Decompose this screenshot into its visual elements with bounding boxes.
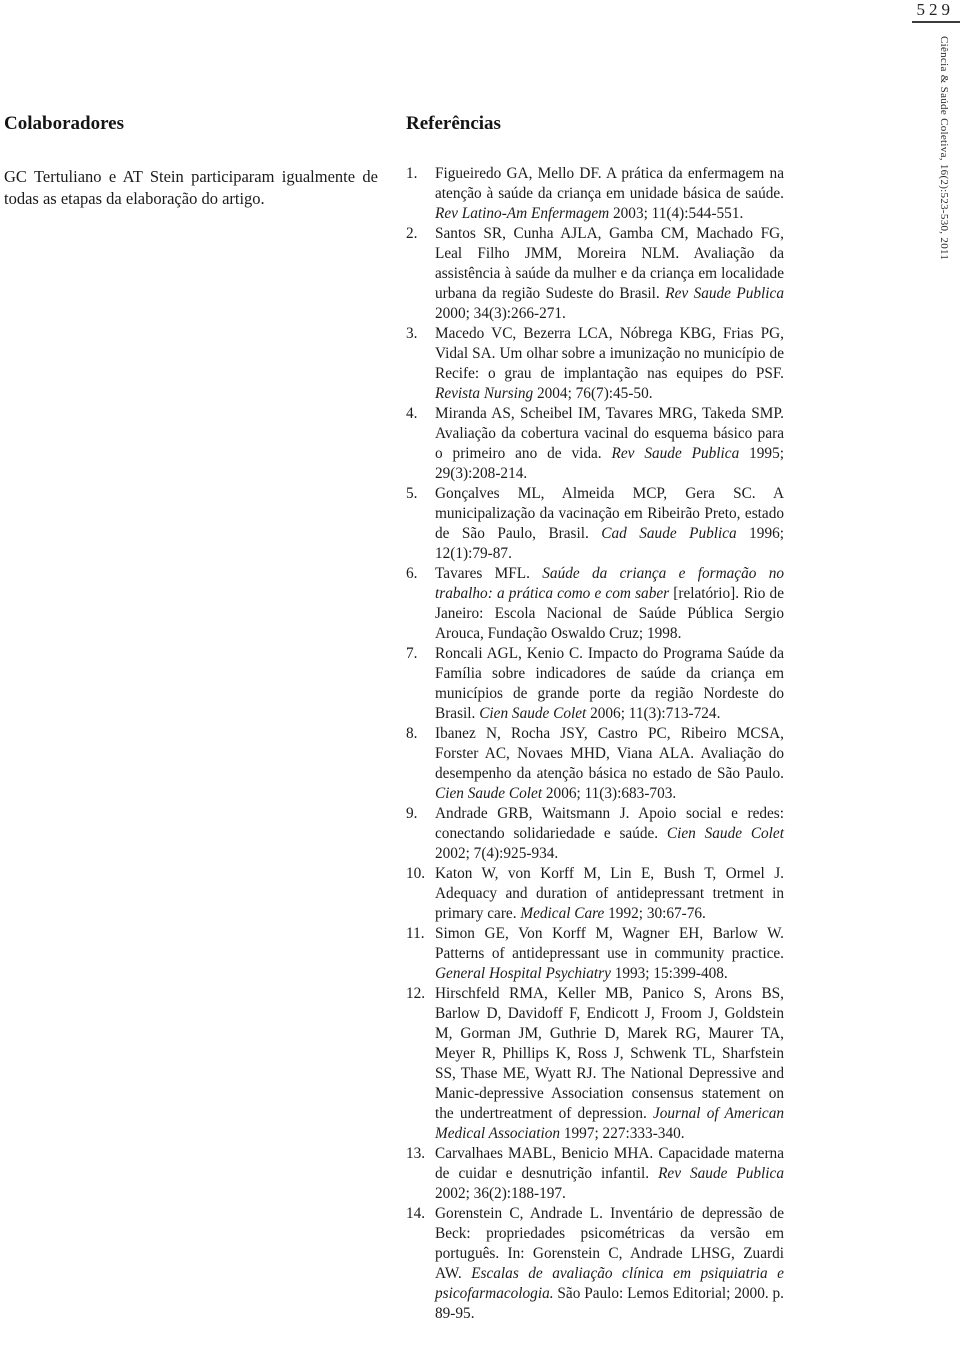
- reference-number: 6.: [406, 564, 435, 644]
- reference-text: Macedo VC, Bezerra LCA, Nóbrega KBG, Fri…: [435, 324, 784, 404]
- reference-number: 12.: [406, 984, 435, 1144]
- page-number: 529: [917, 0, 955, 20]
- reference-item: 4.Miranda AS, Scheibel IM, Tavares MRG, …: [406, 404, 784, 484]
- reference-number: 2.: [406, 224, 435, 324]
- reference-text: Katon W, von Korff M, Lin E, Bush T, Orm…: [435, 864, 784, 924]
- reference-number: 4.: [406, 404, 435, 484]
- reference-number: 1.: [406, 164, 435, 224]
- reference-text: Andrade GRB, Waitsmann J. Apoio social e…: [435, 804, 784, 864]
- collaborators-body: GC Tertuliano e AT Stein participaram ig…: [4, 166, 378, 210]
- reference-item: 3.Macedo VC, Bezerra LCA, Nóbrega KBG, F…: [406, 324, 784, 404]
- journal-citation-vertical: Ciência & Saúde Coletiva, 16(2):523-530,…: [938, 36, 950, 260]
- journal-page: 529 Ciência & Saúde Coletiva, 16(2):523-…: [0, 0, 960, 1354]
- reference-item: 6.Tavares MFL. Saúde da criança e formaç…: [406, 564, 784, 644]
- references-heading: Referências: [406, 113, 784, 135]
- reference-text: Santos SR, Cunha AJLA, Gamba CM, Machado…: [435, 224, 784, 324]
- reference-text: Hirschfeld RMA, Keller MB, Panico S, Aro…: [435, 984, 784, 1144]
- reference-text: Carvalhaes MABL, Benicio MHA. Capacidade…: [435, 1144, 784, 1204]
- reference-item: 2.Santos SR, Cunha AJLA, Gamba CM, Macha…: [406, 224, 784, 324]
- reference-item: 10.Katon W, von Korff M, Lin E, Bush T, …: [406, 864, 784, 924]
- reference-number: 13.: [406, 1144, 435, 1204]
- collaborators-section: Colaboradores GC Tertuliano e AT Stein p…: [4, 113, 378, 210]
- reference-item: 14.Gorenstein C, Andrade L. Inventário d…: [406, 1204, 784, 1324]
- reference-number: 14.: [406, 1204, 435, 1324]
- reference-item: 12.Hirschfeld RMA, Keller MB, Panico S, …: [406, 984, 784, 1144]
- reference-text: Ibanez N, Rocha JSY, Castro PC, Ribeiro …: [435, 724, 784, 804]
- reference-number: 11.: [406, 924, 435, 984]
- references-section: Referências 1.Figueiredo GA, Mello DF. A…: [406, 113, 784, 1324]
- reference-text: Miranda AS, Scheibel IM, Tavares MRG, Ta…: [435, 404, 784, 484]
- references-list: 1.Figueiredo GA, Mello DF. A prática da …: [406, 164, 784, 1324]
- reference-item: 1.Figueiredo GA, Mello DF. A prática da …: [406, 164, 784, 224]
- reference-item: 9.Andrade GRB, Waitsmann J. Apoio social…: [406, 804, 784, 864]
- reference-item: 7.Roncali AGL, Kenio C. Impacto do Progr…: [406, 644, 784, 724]
- reference-item: 13.Carvalhaes MABL, Benicio MHA. Capacid…: [406, 1144, 784, 1204]
- reference-text: Roncali AGL, Kenio C. Impacto do Program…: [435, 644, 784, 724]
- collaborators-heading: Colaboradores: [4, 113, 378, 135]
- reference-number: 8.: [406, 724, 435, 804]
- reference-text: Tavares MFL. Saúde da criança e formação…: [435, 564, 784, 644]
- page-number-rule: [912, 21, 960, 23]
- reference-number: 5.: [406, 484, 435, 564]
- reference-item: 8.Ibanez N, Rocha JSY, Castro PC, Ribeir…: [406, 724, 784, 804]
- reference-number: 9.: [406, 804, 435, 864]
- reference-text: Figueiredo GA, Mello DF. A prática da en…: [435, 164, 784, 224]
- reference-number: 7.: [406, 644, 435, 724]
- reference-number: 3.: [406, 324, 435, 404]
- reference-item: 11.Simon GE, Von Korff M, Wagner EH, Bar…: [406, 924, 784, 984]
- reference-number: 10.: [406, 864, 435, 924]
- reference-item: 5.Gonçalves ML, Almeida MCP, Gera SC. A …: [406, 484, 784, 564]
- reference-text: Simon GE, Von Korff M, Wagner EH, Barlow…: [435, 924, 784, 984]
- reference-text: Gonçalves ML, Almeida MCP, Gera SC. A mu…: [435, 484, 784, 564]
- reference-text: Gorenstein C, Andrade L. Inventário de d…: [435, 1204, 784, 1324]
